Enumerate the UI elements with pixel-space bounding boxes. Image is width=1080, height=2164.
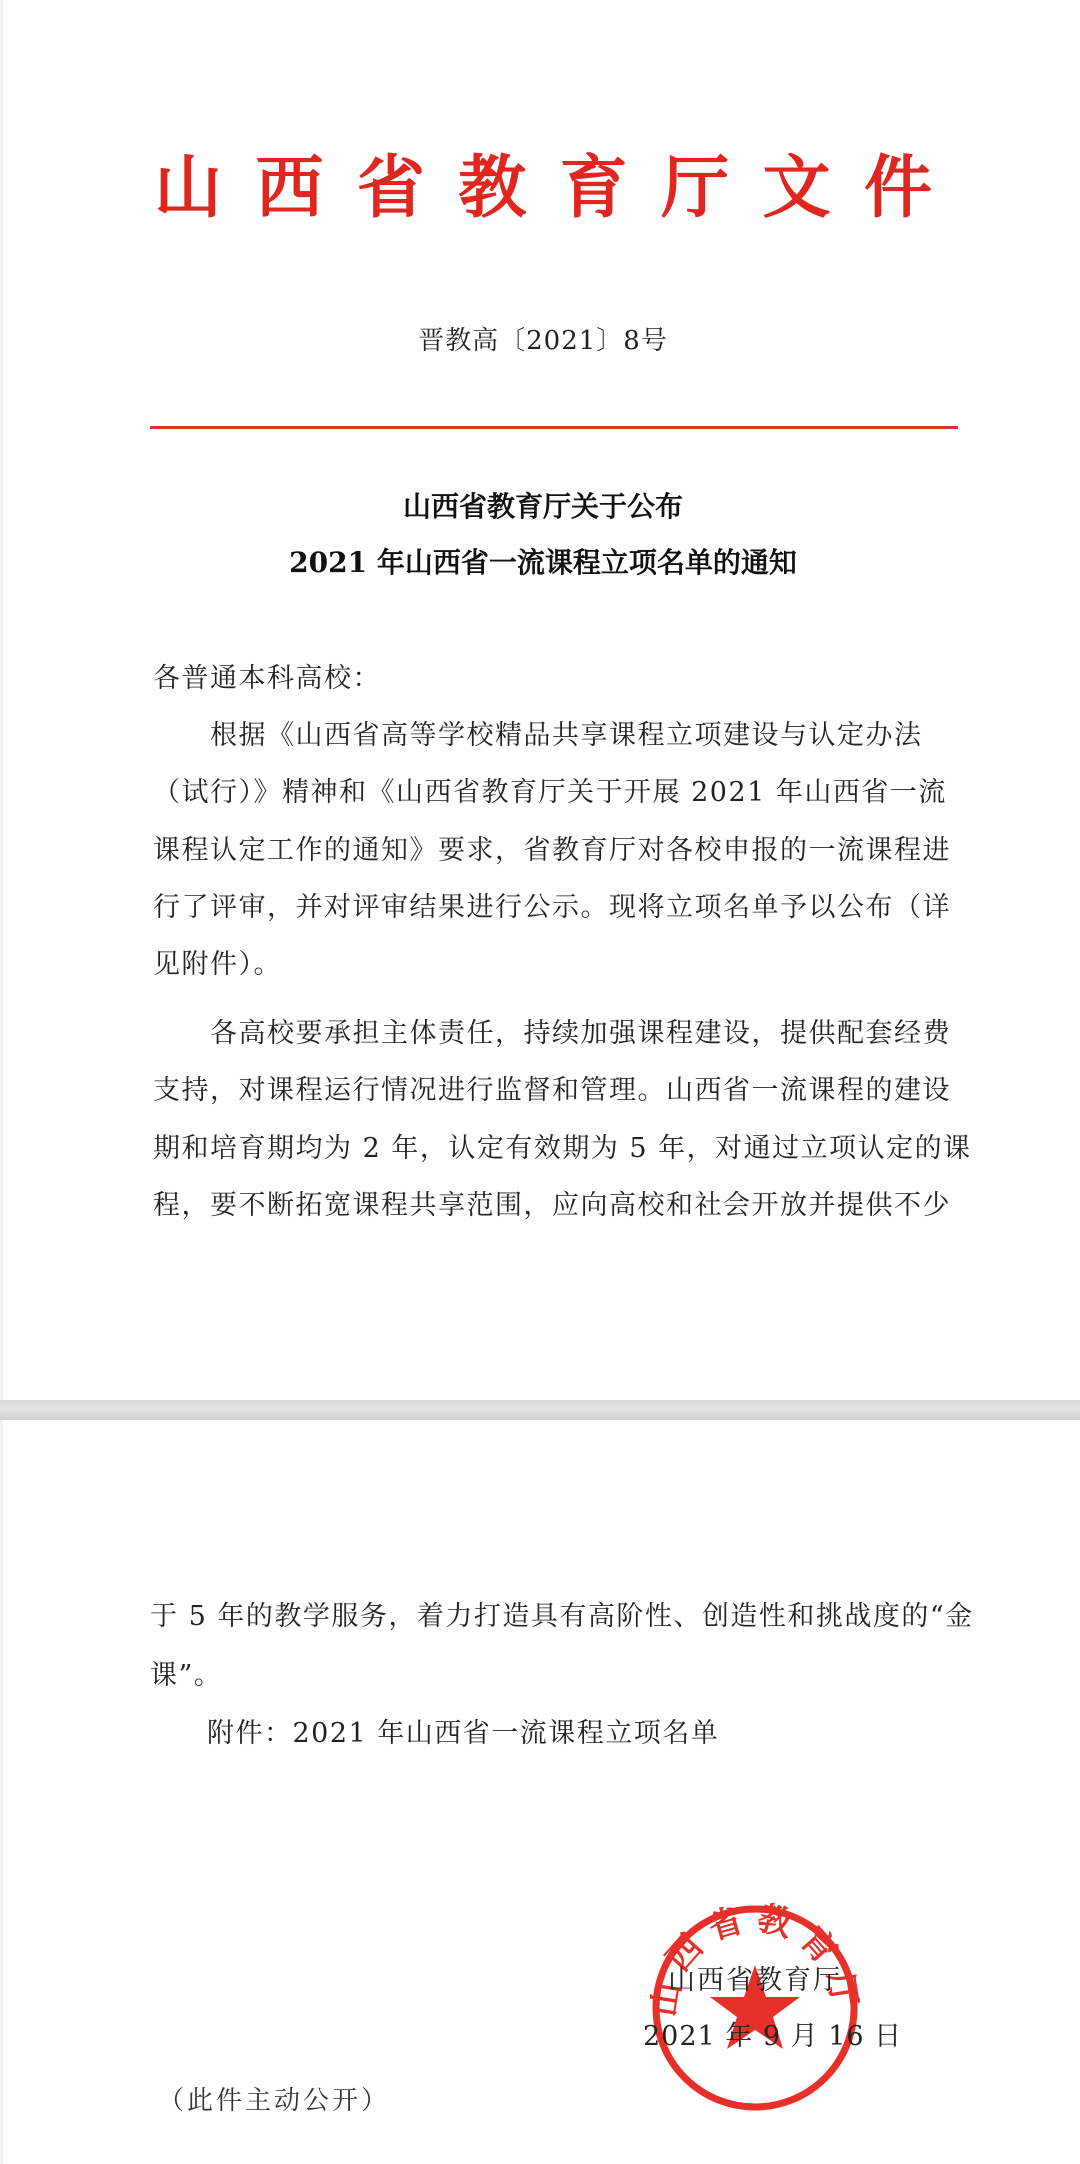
masthead-char: 育	[559, 154, 629, 222]
body-line: 期和培育期均为 2 年，认定有效期为 5 年，对通过立项认定的课	[153, 1126, 955, 1165]
red-divider	[150, 426, 958, 429]
body-line: 各高校要承担主体责任，持续加强课程建设，提供配套经费	[210, 1011, 955, 1050]
page-break	[0, 1400, 1080, 1420]
masthead-char: 教	[457, 154, 527, 222]
document-title-line-2: 2021 年山西省一流课程立项名单的通知	[3, 541, 1080, 581]
body-line: 见附件）。	[153, 942, 955, 981]
disclosure-note: （此件主动公开）	[158, 2080, 390, 2117]
body-line: 行了评审，并对评审结果进行公示。现将立项名单予以公布（详	[153, 885, 955, 924]
official-seal-icon: 山西省教育厅	[650, 1903, 860, 2113]
body-line: 支持，对课程运行情况进行监督和管理。山西省一流课程的建设	[153, 1068, 955, 1107]
masthead-char: 厅	[660, 154, 730, 222]
masthead-char: 省	[356, 154, 426, 222]
signing-date: 2021 年 9 月 16 日	[643, 2014, 902, 2053]
salutation: 各普通本科高校：	[153, 656, 955, 695]
document-number: 晋教高〔2021〕8号	[3, 320, 1080, 357]
document-page-2	[0, 1420, 1080, 2164]
body-line: 课程认定工作的通知》要求，省教育厅对各校申报的一流课程进	[153, 828, 955, 867]
body-line: 根据《山西省高等学校精品共享课程立项建设与认定办法	[210, 713, 955, 752]
body-line: （试行）》精神和《山西省教育厅关于开展 2021 年山西省一流	[153, 770, 955, 809]
document-page-1: 山 西 省 教 育 厅 文 件 晋教高〔2021〕8号 山西省教育厅关于公布 2…	[0, 0, 1080, 1400]
masthead-char: 山	[153, 154, 223, 222]
document-title-line-1: 山西省教育厅关于公布	[3, 485, 1080, 525]
masthead-char: 西	[254, 154, 324, 222]
body-line: 程，要不断拓宽课程共享范围，应向高校和社会开放并提供不少	[153, 1183, 955, 1222]
attachment-line: 附件：2021 年山西省一流课程立项名单	[207, 1711, 952, 1750]
masthead-char: 文	[762, 154, 832, 222]
body-line: 于 5 年的教学服务，着力打造具有高阶性、创造性和挑战度的“金	[150, 1594, 952, 1633]
body-line: 课”。	[150, 1653, 952, 1692]
signing-organization: 山西省教育厅	[668, 1958, 842, 1997]
document-masthead: 山 西 省 教 育 厅 文 件	[153, 143, 933, 233]
masthead-char: 件	[863, 154, 933, 222]
